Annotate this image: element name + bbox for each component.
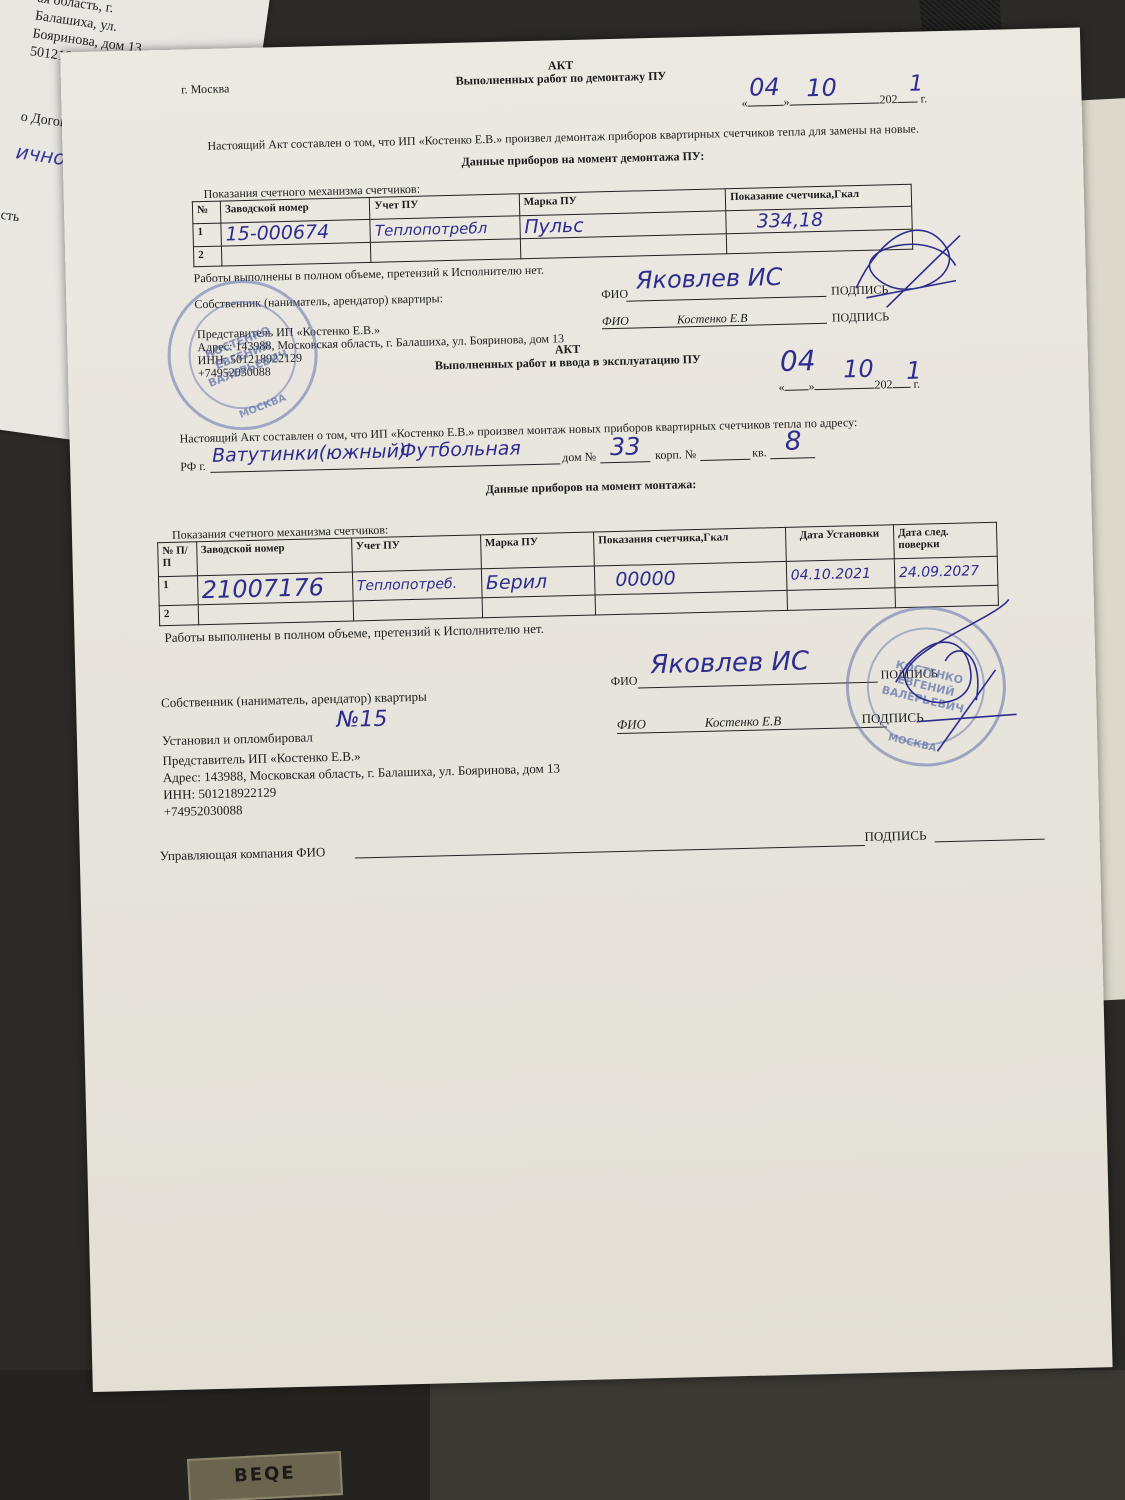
col-header: Заводской номер — [196, 538, 352, 576]
act1-rep-fio: Костенко Е.В — [677, 311, 748, 328]
act1-city: г. Москва — [181, 81, 230, 97]
act2-installed-label: Установил и опломбировал — [162, 729, 313, 749]
act2-date-day: 04 — [780, 344, 816, 378]
act2-inn: ИНН: 501218922129 — [163, 784, 276, 803]
act2-mgmt-label: Управляющая компания ФИО — [160, 844, 326, 864]
act2-rep-fio: Костенко Е.В — [705, 713, 782, 731]
act2-date-year: 1 — [906, 357, 922, 385]
signature-icon — [874, 589, 1028, 763]
col-header: Марка ПУ — [480, 532, 594, 569]
act2-address-city: Ватутинки(южный) — [212, 440, 407, 467]
meter-reading: 00000 — [594, 561, 786, 595]
act2-date-month: 10 — [843, 355, 874, 384]
col-header: Учет ПУ — [351, 535, 481, 572]
act2-mgmt-sign-label: ПОДПИСЬ — [864, 828, 926, 846]
act2-kv: 8 — [785, 426, 802, 456]
bg-column: имость — [0, 204, 20, 226]
act2-rep-fio-label: ФИО — [617, 716, 647, 733]
col-header: № П/П — [158, 542, 197, 577]
account-type: Теплопотреб. — [352, 569, 482, 601]
act2-phone: +74952030088 — [164, 802, 243, 820]
act1-date-month: 10 — [806, 74, 837, 103]
act1-section: Данные приборов на момент демонтажа ПУ: — [363, 146, 803, 172]
col-header: № — [192, 201, 221, 224]
act1-date-year: 1 — [909, 71, 924, 96]
seal-stamp: КОСТЕНКО ЕВГЕНИЙ ВАЛЕРЬЕВИЧ МОСКВА — [145, 258, 339, 452]
serial-number: 21007176 — [197, 572, 353, 605]
install-date: 04.10.2021 — [786, 559, 895, 591]
act2-address-prefix: РФ г. — [180, 459, 206, 475]
act2-house: 33 — [610, 432, 641, 461]
col-header: Дата след. поверки — [893, 522, 997, 559]
meter-brand: Берил — [481, 566, 595, 598]
act1-owner-fio: Яковлев ИС — [636, 263, 783, 295]
act2-section: Данные приборов на момент монтажа: — [371, 474, 811, 500]
act1-date-day: 04 — [749, 73, 780, 102]
binder-clip: BEQE — [187, 1451, 343, 1500]
act2-house-label: дом № — [562, 449, 596, 465]
act2-address-street: Футбольная — [400, 437, 521, 462]
act2-fio-label: ФИО — [611, 674, 638, 690]
document-sheet: г. Москва АКТ Выполненных работ по демон… — [60, 28, 1112, 1393]
act2-installed-seal: №15 — [336, 707, 387, 733]
signature-icon — [844, 205, 967, 328]
act1-intro: Настоящий Акт составлен о том, что ИП «К… — [207, 122, 919, 154]
act1-fio-label: ФИО — [601, 287, 628, 303]
col-header: Показания счетчика,Гкал — [594, 527, 786, 566]
col-header: Дата Установки — [785, 525, 894, 562]
act2-korp-label: корп. № — [655, 447, 696, 463]
act2-kv-label: кв. — [752, 445, 767, 460]
next-check-date: 24.09.2027 — [894, 556, 998, 588]
act2-owner-fio: Яковлев ИС — [650, 646, 809, 680]
